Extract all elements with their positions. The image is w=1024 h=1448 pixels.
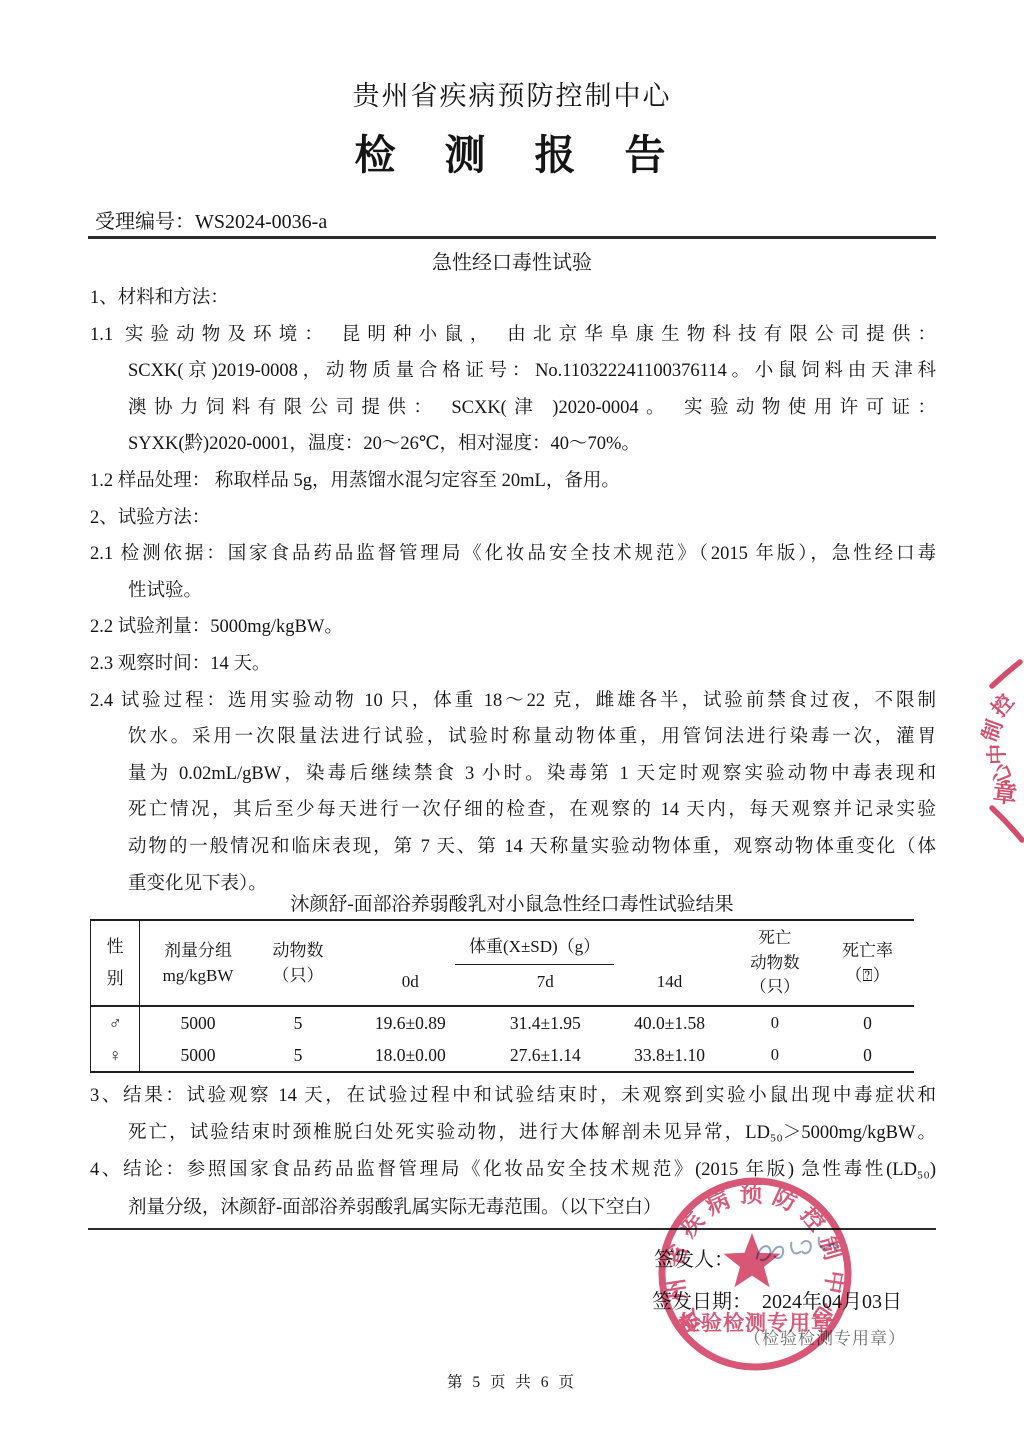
body-line: 澳协力饲料有限公司提供： SCXK(津 )2020-0004。 实验动物使用许可… bbox=[90, 390, 936, 427]
table-cell-w7: 31.4±1.95 bbox=[480, 1007, 610, 1039]
body-line: 2、试验方法： bbox=[90, 500, 936, 537]
col-header-dead-l1: 死亡 bbox=[758, 926, 791, 951]
col-header-dose-l1: 剂量分组 bbox=[164, 938, 232, 964]
edge-stamp-char: 中 bbox=[985, 743, 1010, 765]
col-header-14d: 14d bbox=[610, 969, 728, 995]
col-header-dead: 死亡 动物数 （只） bbox=[729, 921, 821, 1005]
results-table: 性别 剂量分组 mg/kgBW 动物数 （只） 体重(X±SD)（g） 0d 7… bbox=[90, 919, 914, 1073]
col-header-dead-l3: （只） bbox=[750, 975, 800, 1000]
weight-group-title: 体重(X±SD)（g） bbox=[455, 932, 614, 966]
col-header-rate-l1: 死亡率 bbox=[842, 938, 893, 964]
body-line: 死亡，试验结束时颈椎脱臼处死实验动物，进行大体解剖未见异常，LD₅₀＞5000m… bbox=[90, 1115, 936, 1152]
header-rule bbox=[88, 236, 936, 239]
col-header-dose-l2: mg/kgBW bbox=[163, 963, 234, 989]
table-cell-sex: ♀ bbox=[91, 1039, 140, 1071]
body-line: 饮水。采用一次限量法进行试验，试验时称量动物体重，用管饲法进行染毒一次，灌胃 bbox=[90, 719, 936, 756]
body-line: 性试验。 bbox=[90, 573, 936, 610]
edge-stamp-char: 控 bbox=[987, 690, 1019, 722]
body-line: 1、材料和方法： bbox=[90, 280, 936, 317]
org-title: 贵州省疾病预防控制中心 bbox=[0, 74, 1024, 113]
body-line: 2.4 试验过程：选用实验动物 10 只，体重 18～22 克，雌雄各半，试验前… bbox=[90, 683, 936, 720]
table-row: ♂5000519.6±0.8931.4±1.9540.0±1.5800 bbox=[91, 1007, 914, 1039]
table-cell-dead: 0 bbox=[729, 1039, 821, 1071]
table-cell-count: 5 bbox=[256, 1007, 341, 1039]
body-line: 3、结果：试验观察 14 天，在试验过程中和试验结束时，未观察到实验小鼠出现中毒… bbox=[90, 1078, 936, 1115]
stamp-star-icon bbox=[724, 1233, 781, 1287]
col-header-count: 动物数 （只） bbox=[256, 921, 341, 1005]
col-header-dead-l2: 动物数 bbox=[750, 951, 800, 976]
table-cell-rate: 0 bbox=[821, 1039, 914, 1071]
table-cell-w14: 33.8±1.10 bbox=[610, 1039, 729, 1071]
col-header-sex-label: 性别 bbox=[105, 931, 125, 996]
table-cell-w7: 27.6±1.14 bbox=[480, 1039, 610, 1071]
edge-stamp-char: 制 bbox=[978, 717, 1008, 745]
body-line: SCXK(京)2019-0008，动物质量合格证号：No.11032224110… bbox=[90, 353, 936, 390]
table-title: 沐颜舒-面部浴养弱酸乳对小鼠急性经口毒性试验结果 bbox=[0, 889, 1024, 916]
col-header-rate-l2: （⍰） bbox=[845, 963, 889, 989]
col-header-dose: 剂量分组 mg/kgBW bbox=[140, 921, 255, 1005]
official-stamp: 贵州省疾病预防控制中心 检验检测专用章 bbox=[655, 1173, 857, 1375]
col-header-count-l2: （只） bbox=[272, 963, 323, 989]
stamp-banner-text: 检验检测专用章 bbox=[679, 1311, 833, 1335]
page-number: 第 5 页 共 6 页 bbox=[0, 1370, 1024, 1392]
body-line: SYXK(黔)2020-0001，温度：20～26℃，相对湿度：40～70%。 bbox=[90, 426, 936, 463]
table-header-row: 性别 剂量分组 mg/kgBW 动物数 （只） 体重(X±SD)（g） 0d 7… bbox=[91, 921, 914, 1007]
body-line: 量为 0.02mL/gBW，染毒后继续禁食 3 小时。染毒第 1 天定时观察实验… bbox=[90, 756, 936, 793]
table-cell-dose: 5000 bbox=[140, 1007, 255, 1039]
table-row: ♀5000518.0±0.0027.6±1.1433.8±1.1000 bbox=[91, 1039, 914, 1071]
edge-stamp-group: 控 制 中 心 章 bbox=[978, 662, 1022, 840]
col-header-weight-group: 体重(X±SD)（g） 0d 7d 14d bbox=[340, 921, 728, 1005]
table-cell-w0: 19.6±0.89 bbox=[340, 1007, 480, 1039]
table-cell-dose: 5000 bbox=[140, 1039, 255, 1071]
edge-stamp-arc-bottom bbox=[992, 808, 1022, 840]
body-block-a: 1、材料和方法：1.1 实验动物及环境： 昆明种小鼠， 由北京华阜康生物科技有限… bbox=[90, 280, 936, 902]
col-header-count-l1: 动物数 bbox=[272, 938, 323, 964]
col-header-sex: 性别 bbox=[91, 921, 140, 1005]
col-header-7d: 7d bbox=[480, 969, 610, 995]
body-line: 1.2 样品处理： 称取样品 5g，用蒸馏水混匀定容至 20mL，备用。 bbox=[90, 463, 936, 500]
edge-stamp-char: 章 bbox=[991, 779, 1018, 809]
report-title: 检 测 报 告 bbox=[0, 122, 1024, 181]
official-stamp-group: 贵州省疾病预防控制中心 检验检测专用章 bbox=[662, 1181, 849, 1367]
body-line: 2.1 检测依据：国家食品药品监督管理局《化妆品安全技术规范》（2015 年版）… bbox=[90, 536, 936, 573]
body-line: 1.1 实验动物及环境： 昆明种小鼠， 由北京华阜康生物科技有限公司提供： bbox=[90, 317, 936, 354]
table-body: ♂5000519.6±0.8931.4±1.9540.0±1.5800♀5000… bbox=[91, 1007, 914, 1071]
body-line: 死亡情况，其后至少每天进行一次仔细的检查，在观察的 14 天内，每天观察并记录实… bbox=[90, 792, 936, 829]
col-header-rate: 死亡率 （⍰） bbox=[821, 921, 914, 1005]
edge-stamp-arc-top bbox=[992, 662, 1020, 686]
edge-stamp: 控 制 中 心 章 bbox=[952, 650, 1024, 885]
table-cell-rate: 0 bbox=[821, 1007, 914, 1039]
table-cell-w0: 18.0±0.00 bbox=[340, 1039, 480, 1071]
weight-subheaders: 0d 7d 14d bbox=[340, 969, 728, 995]
table-cell-dead: 0 bbox=[729, 1007, 821, 1039]
table-cell-sex: ♂ bbox=[91, 1007, 140, 1039]
body-line: 2.3 观察时间：14 天。 bbox=[90, 646, 936, 683]
body-line: 动物的一般情况和临床表现，第 7 天、第 14 天称量实验动物体重，观察动物体重… bbox=[90, 829, 936, 866]
table-cell-count: 5 bbox=[256, 1039, 341, 1071]
col-header-0d: 0d bbox=[340, 969, 480, 995]
test-subtitle: 急性经口毒性试验 bbox=[0, 246, 1024, 275]
case-number: 受理编号：WS2024-0036-a bbox=[95, 205, 327, 234]
body-line: 2.2 试验剂量：5000mg/kgBW。 bbox=[90, 609, 936, 646]
table-cell-w14: 40.0±1.58 bbox=[610, 1007, 729, 1039]
